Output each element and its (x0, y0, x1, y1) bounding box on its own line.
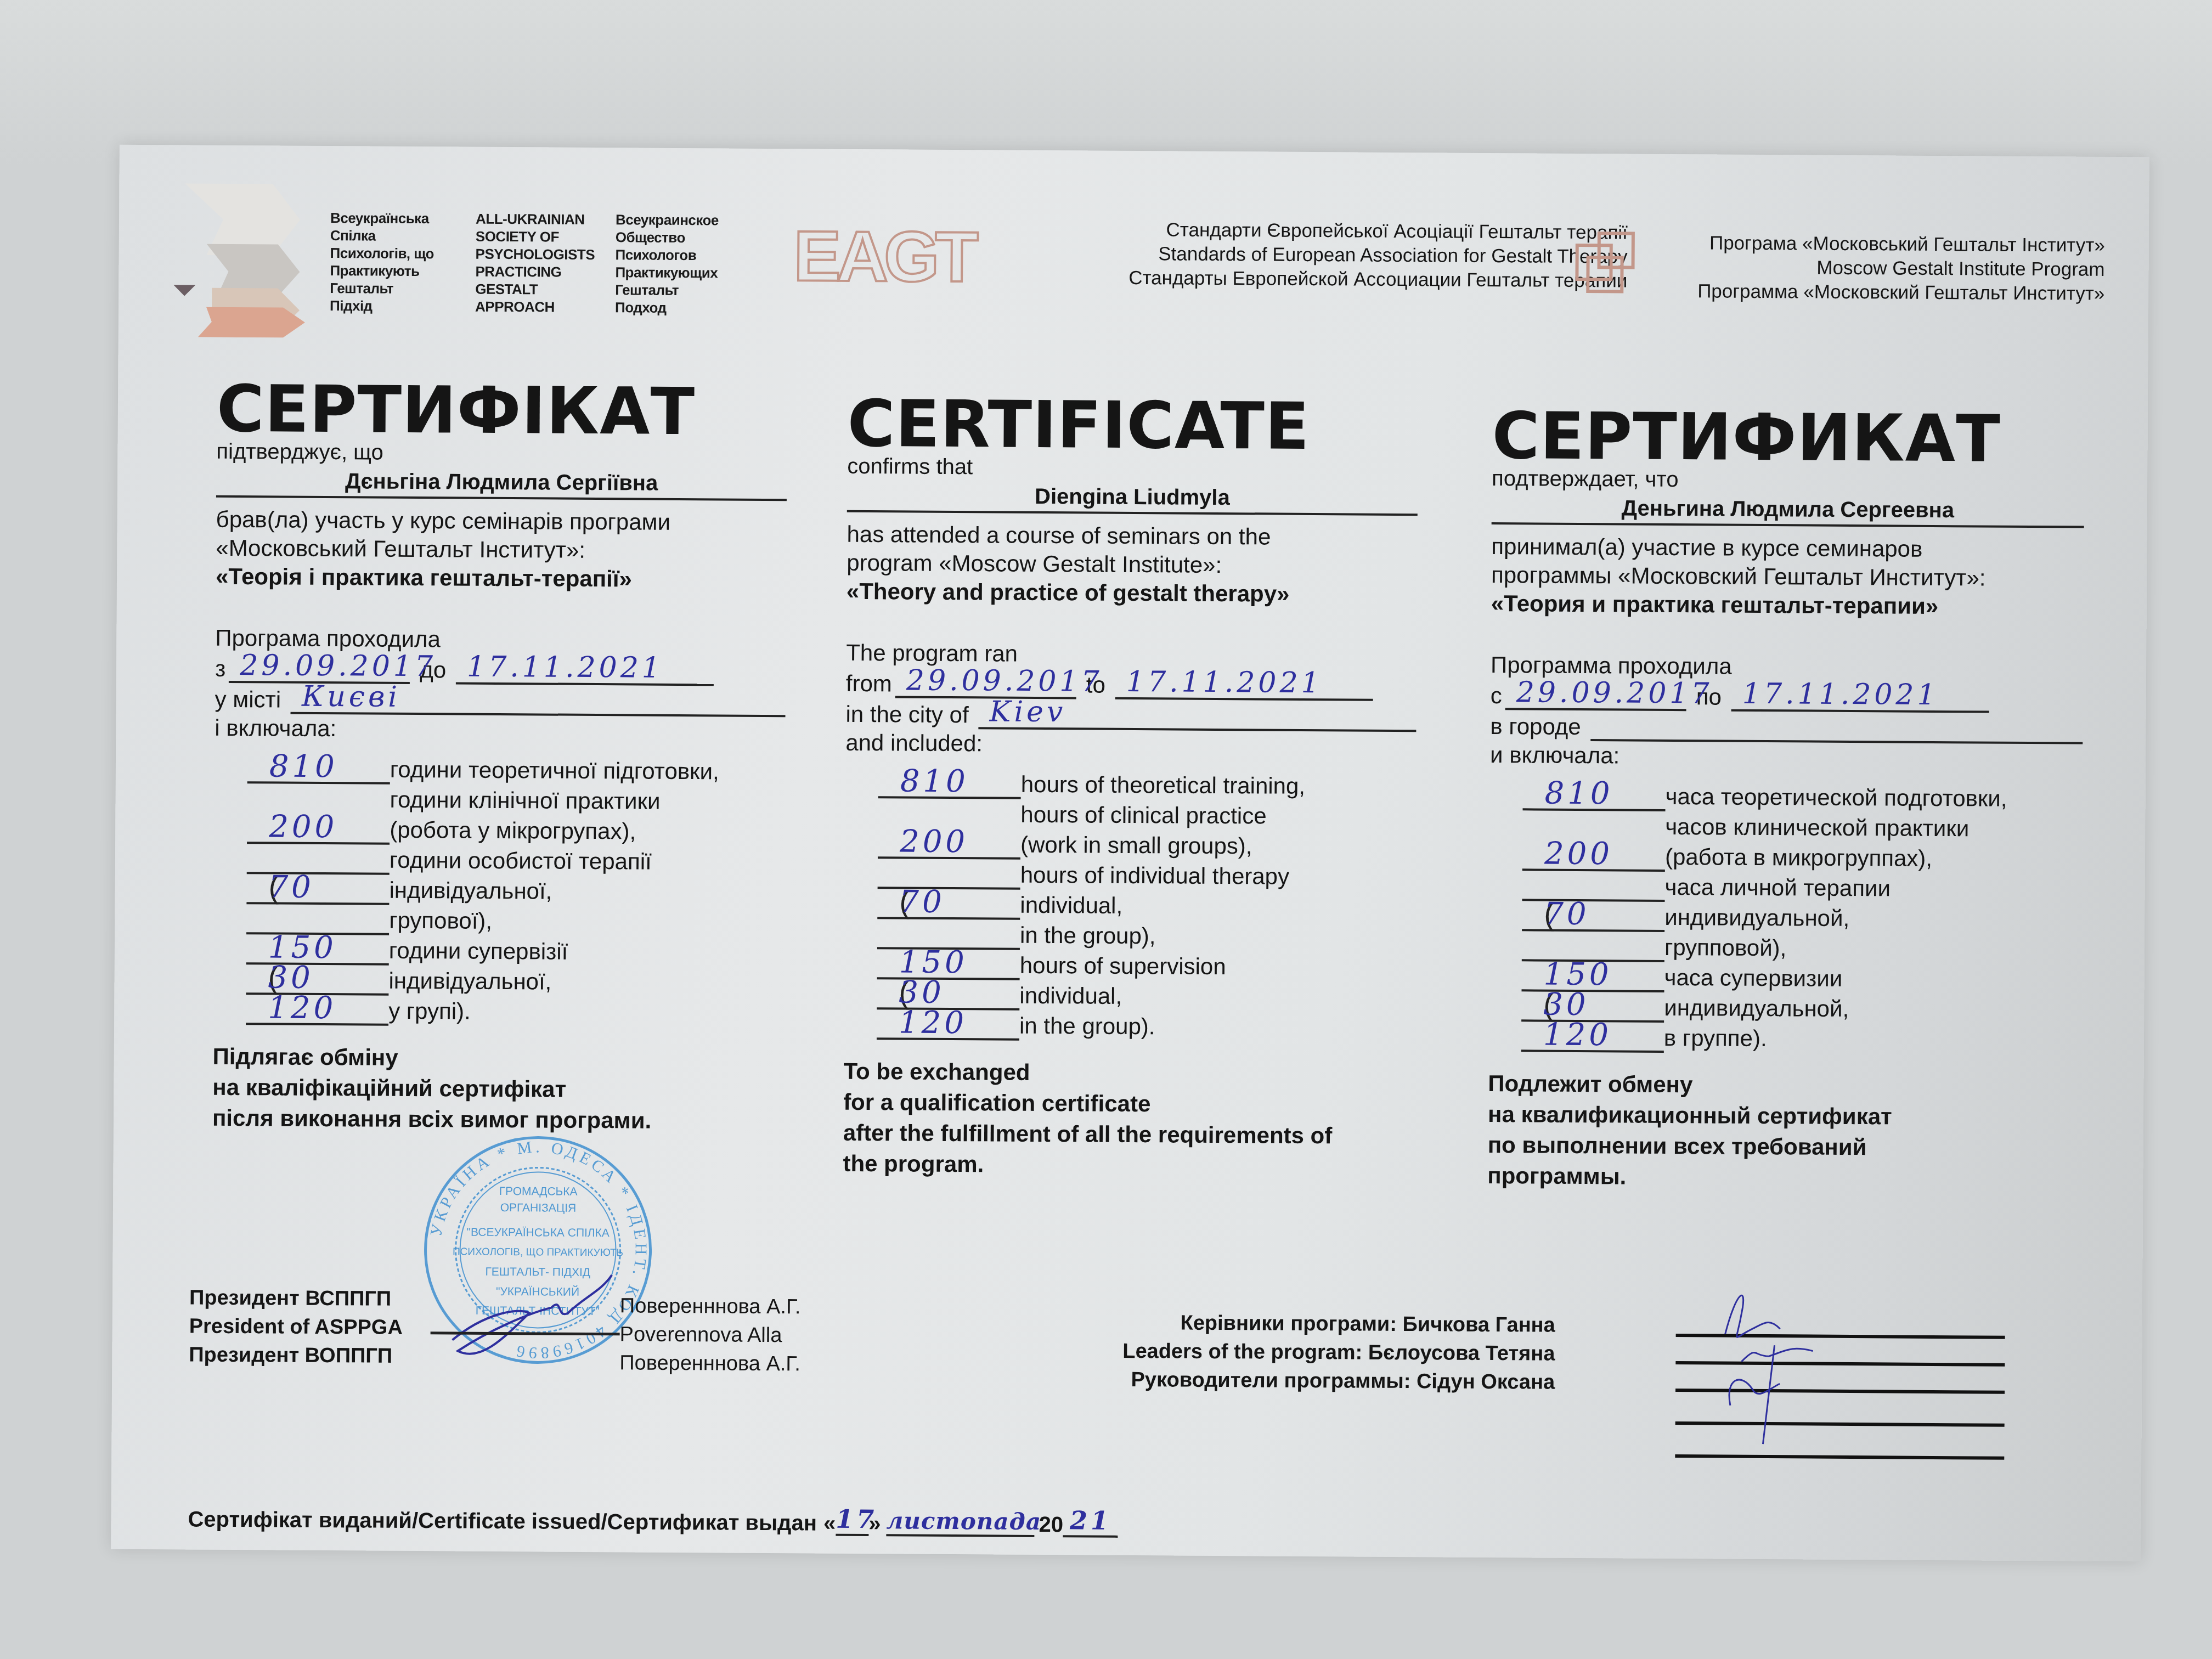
attended-text: has attended a course of seminars on the… (847, 520, 1418, 609)
attended-line: брав(ла) участь у курс семінарів програм… (216, 505, 787, 537)
leader-row: Керівники програми: Бичкова Ганна (1045, 1308, 1555, 1340)
program-dates: Програма проходилаз29.09.2017до17.11.202… (215, 624, 786, 746)
hours-row: 200(work in small groups), (845, 828, 1415, 862)
hours-label: індивідуальної, (389, 875, 552, 906)
note-line: To be exchanged (843, 1056, 1414, 1090)
hours-list: 810години теоретичної підготовки,години … (213, 753, 785, 1028)
org-en-line: PSYCHOLOGISTS (476, 245, 595, 263)
hours-value: 150 (268, 932, 337, 963)
hours-value: 120 (1543, 1020, 1612, 1051)
note-line: по выполнении всех требований (1488, 1130, 2080, 1164)
org-ua-line: Психологів, що (330, 244, 434, 262)
org-en-line: SOCIETY OF (476, 228, 595, 246)
mgi-squares-logo-icon (1572, 228, 1639, 294)
attended-text: принимал(а) участие в курсе семинаровпро… (1491, 532, 2084, 622)
from-date-value: 29.09.2017 (1516, 678, 1713, 708)
included-label: і включала: (215, 714, 785, 746)
exchange-note: To be exchangedfor a qualification certi… (843, 1056, 1414, 1182)
hours-label: години супервізії (389, 935, 568, 967)
hours-value: 70 (1544, 899, 1590, 930)
certificate-title: СЕРТИФІКАТ (217, 376, 788, 445)
aspga-chevron-logo-icon (173, 178, 323, 338)
issued-label: Сертифікат виданий/Certificate issued/Се… (188, 1508, 817, 1536)
hours-value: 200 (269, 811, 337, 842)
hours-value: 150 (899, 947, 968, 978)
hours-value: 200 (900, 826, 968, 857)
attended-text: брав(ла) участь у курс семінарів програм… (216, 505, 787, 594)
certificate-sheet: Всеукраїнська Спілка Психологів, що Прак… (111, 145, 2149, 1562)
standards-line-ua: Стандарти Європейської Асоціації Гешталь… (931, 217, 1628, 245)
president-title-ru: Президент ВОППГП (189, 1341, 403, 1370)
leaders-signature-icon (1702, 1279, 1868, 1455)
leaders-label-ru: Руководители программы: (1131, 1368, 1410, 1393)
mgi-program: Програма «Московський Гештальт Інститут»… (1649, 231, 2105, 306)
hours-label: in the group). (1019, 1011, 1155, 1042)
president-name-ru: Поверенннова А.Г. (619, 1348, 800, 1378)
org-ru-line: Гештальт (615, 281, 718, 299)
attended-line: has attended a course of seminars on the (847, 520, 1417, 552)
hours-value: 810 (900, 766, 969, 797)
course-title: «Theory and practice of gestalt therapy» (847, 577, 1417, 609)
note-line: на квалификационный сертификат (1488, 1099, 2080, 1133)
leader-row: Leaders of the program: Бєлоусова Тетяна (1045, 1336, 1555, 1368)
president-titles: Президент ВСППГП President of ASPPGA Пре… (189, 1284, 403, 1370)
note-line: программы. (1487, 1160, 2080, 1195)
hours-list: 810часа теоретической подготовки,часов к… (1488, 780, 2083, 1056)
city-value: Києві (302, 682, 400, 712)
background (0, 0, 2212, 165)
to-date-value: 17.11.2021 (1742, 680, 1939, 709)
hours-row: 810години теоретичної підготовки, (215, 753, 785, 787)
program-dates: Программа проходилас29.09.2017по17.11.20… (1490, 651, 2083, 773)
org-ru-line: Всеукраинское (616, 211, 719, 229)
hours-label: (work in small groups), (1020, 830, 1252, 861)
hours-label: (работа в микрогруппах), (1665, 842, 1932, 873)
hours-value: 70 (268, 872, 314, 902)
hours-row: 200(робота у мікрогрупах), (214, 814, 785, 847)
recipient-name: Дєньгіна Людмила Сергіївна (216, 469, 787, 501)
city-value: Kiev (990, 697, 1066, 726)
column-english: CERTIFICATEconfirms thatDiengina Liudmyl… (843, 391, 1418, 1182)
city-label: в городе (1490, 712, 1581, 741)
leader-name: Бичкова Ганна (1402, 1313, 1555, 1337)
note-line: на кваліфікаційний сертифікат (212, 1072, 783, 1106)
note-line: Подлежит обмену (1488, 1068, 2080, 1103)
hours-label: individual, (1019, 980, 1122, 1011)
hours-label: групповой), (1664, 932, 1787, 963)
hours-label: hours of clinical practice (1020, 799, 1267, 831)
included-label: and included: (845, 729, 1416, 760)
hours-label: групової), (389, 905, 492, 936)
org-en-line: ALL-UKRAINIAN (476, 210, 595, 228)
city-label: in the city of (845, 700, 968, 729)
leaders-label-en: Leaders of the program: (1122, 1340, 1362, 1364)
attended-line: программы «Московский Гештальт Институт»… (1491, 561, 2084, 593)
stamp-line: "УКРАЇНСЬКИЙ (496, 1285, 579, 1299)
exchange-note: Подлежит обменуна квалификационный серти… (1487, 1068, 2080, 1195)
org-ru-line: Психологов (616, 246, 719, 264)
eagt-standards: Стандарти Європейської Асоціації Гешталь… (930, 217, 1628, 294)
hours-label: індивідуальної, (388, 966, 551, 997)
from-date-value: 29.09.2017 (906, 667, 1103, 696)
note-line: after the fulfillment of all the require… (843, 1118, 1414, 1152)
org-ua-line: Практикують (330, 262, 433, 280)
hours-row: (70individual, (844, 889, 1415, 922)
president-name-en: Poverennova Alla (619, 1320, 800, 1350)
org-en-line: APPROACH (475, 298, 595, 316)
course-title: «Теорія і практика гештальт-терапії» (216, 562, 786, 594)
hours-value: 810 (1545, 778, 1613, 809)
hours-label: (робота у мікрогрупах), (390, 815, 636, 847)
included-label: и включала: (1490, 741, 2083, 773)
issued-year-suffix: 21 (1070, 1505, 1111, 1535)
from-date-value: 29.09.2017 (240, 651, 436, 681)
org-ua-line: Спілка (330, 227, 434, 245)
issued-month: листопада (886, 1507, 1041, 1535)
hours-row: 120у групі). (213, 995, 783, 1028)
stamp-line: ГЕШТАЛЬТ- ПІДХІД (485, 1266, 590, 1279)
quote-close: » (868, 1511, 881, 1536)
hours-label: hours of supervision (1020, 950, 1226, 981)
city-label: у місті (215, 685, 281, 714)
hours-label: в группе). (1664, 1023, 1767, 1053)
column-ukrainian: СЕРТИФІКАТпідтверджує, щоДєньгіна Людмил… (212, 376, 787, 1137)
note-line: Підлягає обміну (213, 1041, 783, 1075)
attended-line: «Московський Гештальт Інститут»: (216, 534, 786, 566)
org-name-en: ALL-UKRAINIAN SOCIETY OF PSYCHOLOGISTS P… (475, 210, 595, 316)
stamp-line: ОРГАНІЗАЦІЯ (500, 1201, 577, 1215)
quote-open: « (823, 1511, 836, 1536)
stamp-line: ПСИХОЛОГІВ, ЩО ПРАКТИКУЮТЬ (453, 1246, 623, 1259)
column-russian: СЕРТИФИКАТподтверждает, чтоДеньгина Людм… (1487, 403, 2085, 1195)
hours-value: 200 (1544, 839, 1613, 870)
hours-row: 200(работа в микрогруппах), (1489, 840, 2082, 874)
from-label: з (215, 654, 226, 683)
leaders-label-ua: Керівники програми: (1180, 1312, 1397, 1336)
org-name-ru: Всеукраинское Общество Психологов Практи… (615, 211, 719, 317)
hours-label: индивидуальной, (1664, 992, 1849, 1024)
hours-label: hours of individual therapy (1020, 860, 1290, 891)
hours-value: 810 (269, 751, 338, 782)
hours-label: individual, (1020, 890, 1122, 921)
hours-value: 30 (268, 962, 314, 993)
hours-row: (70індивідуальної, (213, 874, 784, 907)
issued-year-prefix: 20 (1039, 1513, 1063, 1537)
course-title: «Теория и практика гештальт-терапии» (1491, 589, 2084, 622)
org-ua-line: Всеукраїнська (330, 209, 434, 227)
president-names: Поверенннова А.Г. Poverennova Alla Повер… (619, 1291, 801, 1378)
stamp-line: "ВСЕУКРАЇНСЬКА СПІЛКА (467, 1226, 610, 1240)
program-line-en: Moscow Gestalt Institute Program (1649, 255, 2104, 282)
program-line-ru: Программа «Московский Гештальт Институт» (1649, 279, 2104, 306)
hours-value: 120 (268, 992, 336, 1023)
leader-name: Бєлоусова Тетяна (1368, 1341, 1555, 1365)
exchange-note: Підлягає обмінуна кваліфікаційний сертиф… (212, 1041, 783, 1137)
hours-label: часа супервизии (1664, 962, 1842, 994)
org-ru-line: Практикующих (615, 263, 718, 281)
hours-value: 70 (899, 887, 945, 917)
program-leaders: Керівники програми: Бичкова Ганна Leader… (1045, 1308, 1555, 1397)
org-en-line: PRACTICING (475, 263, 595, 281)
hours-value: 120 (899, 1007, 967, 1038)
hours-label: у групі). (388, 996, 471, 1026)
attended-line: принимал(а) участие в курсе семинаров (1491, 532, 2084, 565)
hours-value: 150 (1543, 960, 1612, 990)
org-name-ua: Всеукраїнська Спілка Психологів, що Прак… (330, 209, 434, 315)
org-en-line: GESTALT (475, 280, 595, 298)
stamp-line: ГРОМАДСЬКА (499, 1185, 578, 1198)
hours-row: 810часа теоретической подготовки, (1489, 780, 2082, 814)
hours-value: 30 (899, 977, 945, 1008)
attended-line: program «Moscow Gestalt Institute»: (847, 549, 1417, 580)
hours-label: години теоретичної підготовки, (390, 754, 719, 787)
hours-label: часа теоретической подготовки, (1665, 781, 2007, 814)
recipient-name: Diengina Liudmyla (847, 483, 1418, 516)
hours-row: 120в группе). (1488, 1022, 2081, 1056)
president-name-ua: Поверенннова А.Г. (620, 1291, 801, 1321)
leader-name: Сідун Оксана (1417, 1370, 1555, 1394)
hours-row: (70индивидуальной, (1489, 901, 2081, 935)
hours-label: hours of theoretical training, (1021, 769, 1306, 801)
leader-row: Руководители программы: Сідун Оксана (1045, 1365, 1555, 1397)
hours-label: часов клинической практики (1665, 811, 1969, 843)
hours-label: години клінічної практики (390, 785, 660, 816)
program-dates: The program ranfrom29.09.2017to17.11.202… (845, 639, 1417, 760)
certificate-title: СЕРТИФИКАТ (1492, 403, 2085, 472)
org-ru-line: Общество (616, 228, 719, 246)
hours-row: 120in the group). (844, 1009, 1414, 1043)
issued-date: Сертифікат виданий/Certificate issued/Се… (188, 1500, 1118, 1538)
from-label: с (1491, 681, 1502, 710)
standards-line-ru: Стандарты Европейской Ассоциации Гешталь… (930, 265, 1627, 294)
hours-list: 810hours of theoretical training,hours o… (844, 768, 1416, 1043)
to-date-value: 17.11.2021 (1126, 668, 1323, 697)
from-label: from (846, 669, 892, 698)
note-line: the program. (843, 1148, 1413, 1182)
recipient-name: Деньгина Людмила Сергеевна (1492, 495, 2084, 528)
certificate-title: CERTIFICATE (847, 391, 1418, 460)
org-ua-line: Гештальт (330, 279, 433, 297)
hours-label: години особистої терапії (390, 845, 652, 877)
to-date-value: 17.11.2021 (467, 653, 663, 682)
program-line-ua: Програма «Московський Гештальт Інститут» (1650, 231, 2105, 258)
note-line: for a qualification certificate (843, 1087, 1414, 1121)
hours-row: 810hours of theoretical training, (845, 768, 1416, 802)
president-title-en: President of ASPPGA (189, 1312, 403, 1342)
org-ru-line: Подход (615, 298, 718, 317)
org-ua-line: Підхід (330, 297, 433, 315)
hours-label: in the group), (1020, 920, 1156, 951)
hours-label: часа личной терапии (1664, 872, 1891, 904)
president-title-ua: Президент ВСППГП (189, 1284, 403, 1313)
hours-label: индивидуальной, (1664, 902, 1849, 933)
standards-line-en: Standards of European Association for Ge… (931, 241, 1628, 269)
hours-value: 30 (1543, 990, 1589, 1020)
